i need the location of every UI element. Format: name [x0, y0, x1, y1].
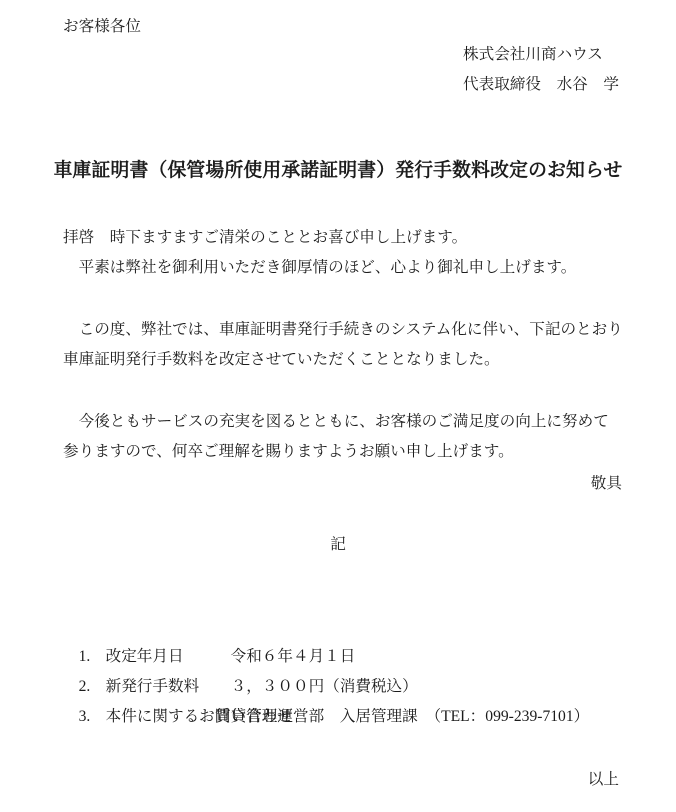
greeting-line-2: 平素は弊社を御利用いただき御厚情のほど、心より御礼申し上げます。: [63, 253, 576, 283]
paragraph3-line-2: 参りますので、何卒ご理解を賜りますようお願い申し上げます。: [63, 437, 514, 467]
contact-department: 賃貸管理運営部 入居管理課 （TEL：099-239-7101）: [215, 702, 589, 732]
paragraph2-line-1: この度、弊社では、車庫証明書発行手続きのシステム化に伴い、下記のとおり: [63, 315, 623, 345]
paragraph2-line-2: 車庫証明発行手数料を改定させていただくこととなりました。: [63, 345, 500, 375]
end-marker-ijou: 以上: [588, 765, 619, 795]
letter-page: お客様各位 株式会社川商ハウス 代表取締役 水谷 学 車庫証明書（保管場所使用承…: [0, 0, 676, 812]
item-number: 3.: [79, 702, 106, 732]
greeting-line-1: 拝啓 時下ますますご清栄のこととお喜び申し上げます。: [63, 223, 467, 253]
recipient: お客様各位: [63, 12, 141, 42]
closing-keigu: 敬具: [591, 469, 622, 499]
record-marker: 記: [0, 530, 676, 560]
letter-title: 車庫証明書（保管場所使用承諾証明書）発行手数料改定のお知らせ: [0, 156, 676, 186]
sender-representative: 代表取締役 水谷 学: [463, 70, 619, 100]
paragraph3-line-1: 今後ともサービスの充実を図るとともに、お客様のご満足度の向上に努めて: [63, 407, 609, 437]
sender-company: 株式会社川商ハウス: [463, 40, 603, 70]
